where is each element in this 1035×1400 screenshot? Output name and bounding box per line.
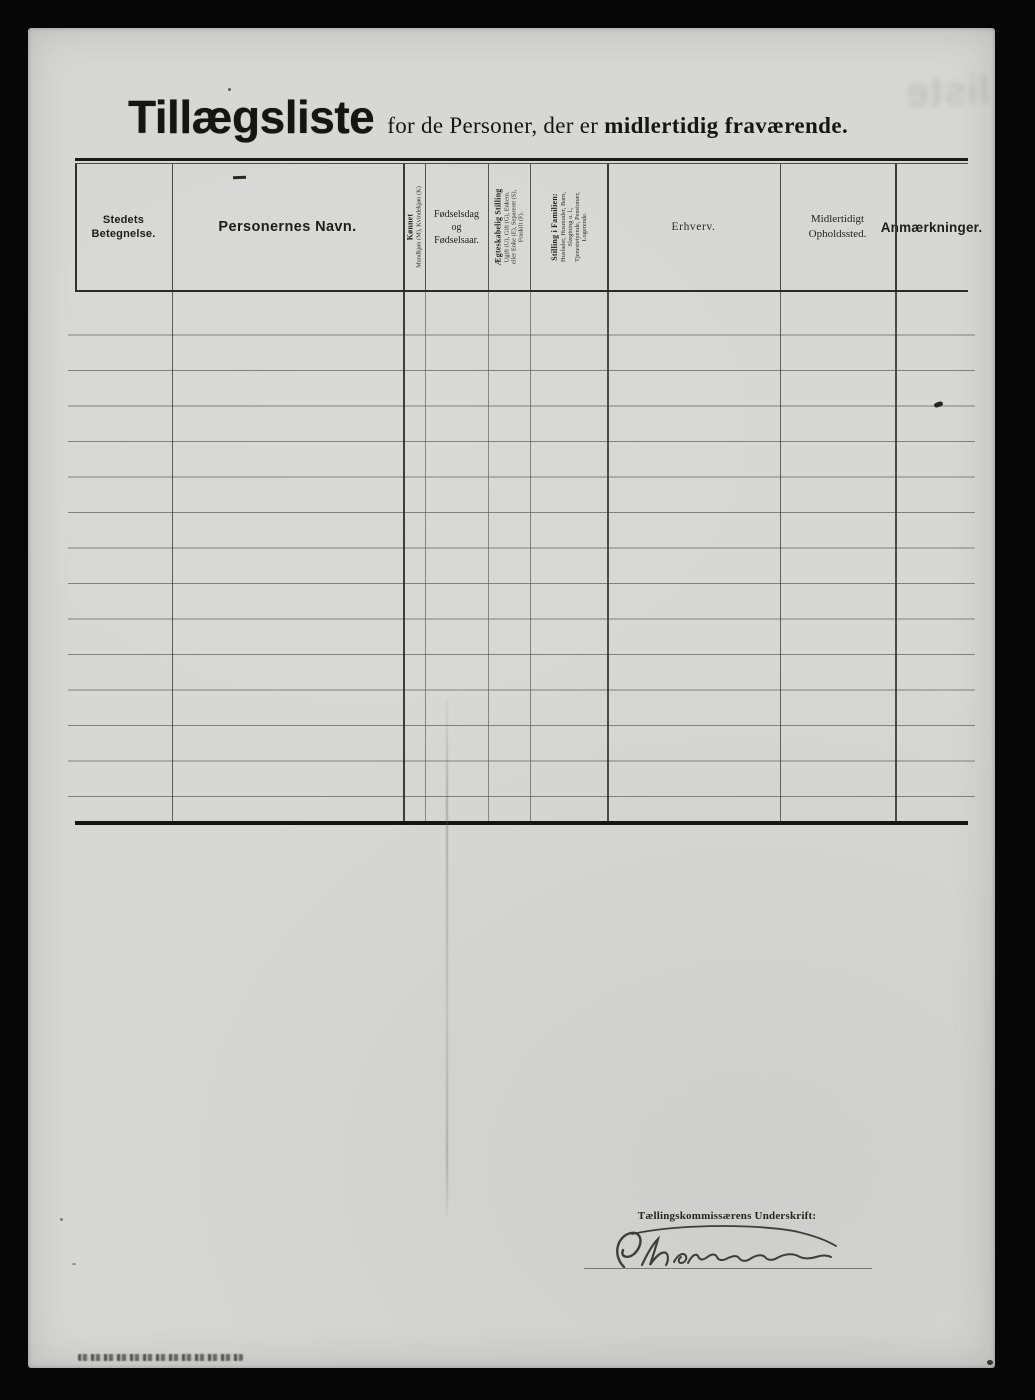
column-header-remarks: Anmærkninger. [895, 164, 968, 290]
column-header-sex-rotated: Kønnet Mandkjøn (M), Kvindekjøn (K) [406, 165, 423, 289]
table-header-row: Stedets Betegnelse. Personernes Navn. Kø… [75, 164, 968, 290]
column-header-name-label: Personernes Navn. [218, 219, 356, 235]
column-header-place: Stedets Betegnelse. [75, 164, 172, 290]
column-rule [780, 164, 781, 290]
column-header-marital-rotated: Ægteskabelig Stilling Ugift (U), Gift (G… [493, 165, 524, 289]
column-header-marital-status: Ægteskabelig Stilling Ugift (U), Gift (G… [488, 164, 530, 290]
column-rule [488, 292, 489, 824]
column-header-occupation-label: Erhverv. [672, 221, 716, 233]
column-rule [403, 292, 405, 824]
column-rule [75, 164, 77, 290]
column-rule [172, 164, 173, 290]
column-header-birthdate-line1: Fødselsdag [434, 208, 479, 221]
handwritten-signature [584, 1223, 884, 1283]
column-header-birthdate-line3: Fødselsaar. [434, 234, 479, 247]
census-table: Stedets Betegnelse. Personernes Navn. Kø… [75, 158, 968, 825]
column-header-birthdate-line2: og [452, 221, 462, 234]
column-header-place-line1: Stedets [103, 213, 144, 227]
column-rule [425, 292, 426, 824]
column-header-family-rotated: Stilling i Familien: Husfader, Husmoder,… [549, 165, 587, 289]
ink-speck [228, 88, 231, 91]
column-rule [488, 164, 489, 290]
column-header-family-position: Stilling i Familien: Husfader, Husmoder,… [530, 164, 607, 290]
paper-sheet: liste Tillægsliste for de Personer, der … [28, 28, 995, 1368]
column-rule [607, 164, 609, 290]
column-rule [780, 292, 781, 824]
column-rule [895, 292, 897, 824]
column-rule [530, 292, 531, 824]
form-title: Tillægsliste for de Personer, der er mid… [128, 90, 848, 144]
paper-fold-crease [446, 700, 448, 1215]
column-header-marital-detail-1: Ugift (U), Gift (G), Enkem. [503, 165, 510, 289]
ink-speck-margin-1 [60, 1218, 63, 1221]
form-title-subtitle-bold: midlertidig fraværende. [604, 113, 848, 138]
signature-caption: Tællingskommissærens Underskrift: [587, 1210, 867, 1222]
column-header-name: Personernes Navn. [172, 164, 403, 290]
column-header-residence-line2: Opholdssted. [809, 227, 867, 242]
column-rule [425, 164, 426, 290]
form-title-main: Tillægsliste [128, 90, 374, 144]
column-header-residence-line1: Midlertidigt [811, 212, 864, 227]
table-body-empty-rows [75, 292, 968, 824]
column-header-place-line2: Betegnelse. [92, 227, 156, 241]
column-rule [607, 292, 609, 824]
column-header-occupation: Erhverv. [607, 164, 780, 290]
column-header-marital-detail-3: Fraskilt (F). [517, 165, 524, 289]
table-bottom-rule [75, 821, 968, 825]
column-header-birthdate: Fødselsdag og Fødselsaar. [425, 164, 488, 290]
form-title-subtitle: for de Personer, der er midlertidig frav… [387, 113, 848, 139]
ink-speck-margin-2 [72, 1263, 76, 1265]
ghost-bleedthrough-text: liste [872, 53, 1024, 128]
column-header-family-detail-3: Tjenestetyende, Pensionær, [573, 165, 580, 289]
scanned-page: liste Tillægsliste for de Personer, der … [0, 0, 1035, 1400]
column-header-family-detail-1: Husfader, Husmoder, Barn, [559, 165, 566, 289]
column-header-temporary-residence: Midlertidigt Opholdssted. [780, 164, 895, 290]
column-header-marital-main: Ægteskabelig Stilling [493, 165, 503, 289]
empty-row-rules [68, 300, 975, 821]
column-header-sex-detail: Mandkjøn (M), Kvindekjøn (K) [415, 165, 422, 289]
column-rule [895, 164, 897, 290]
column-header-family-main: Stilling i Familien: [549, 165, 559, 289]
signature-line [584, 1268, 872, 1269]
column-rule [403, 164, 405, 290]
column-header-marital-detail-2: eller Enke (E), Separeret (S), [510, 165, 517, 289]
column-header-family-detail-4: Logerende. [580, 165, 587, 289]
form-title-subtitle-regular: for de Personer, der er [387, 113, 604, 138]
ink-speck-corner [987, 1360, 993, 1365]
column-header-sex-main: Kønnet [406, 165, 416, 289]
column-rule [172, 292, 173, 824]
table-top-rule [75, 158, 968, 161]
column-header-sex: Kønnet Mandkjøn (M), Kvindekjøn (K) [403, 164, 425, 290]
printer-imprint [78, 1354, 243, 1361]
column-header-family-detail-2: Slægtning o. l., [566, 165, 573, 289]
column-rule [530, 164, 531, 290]
